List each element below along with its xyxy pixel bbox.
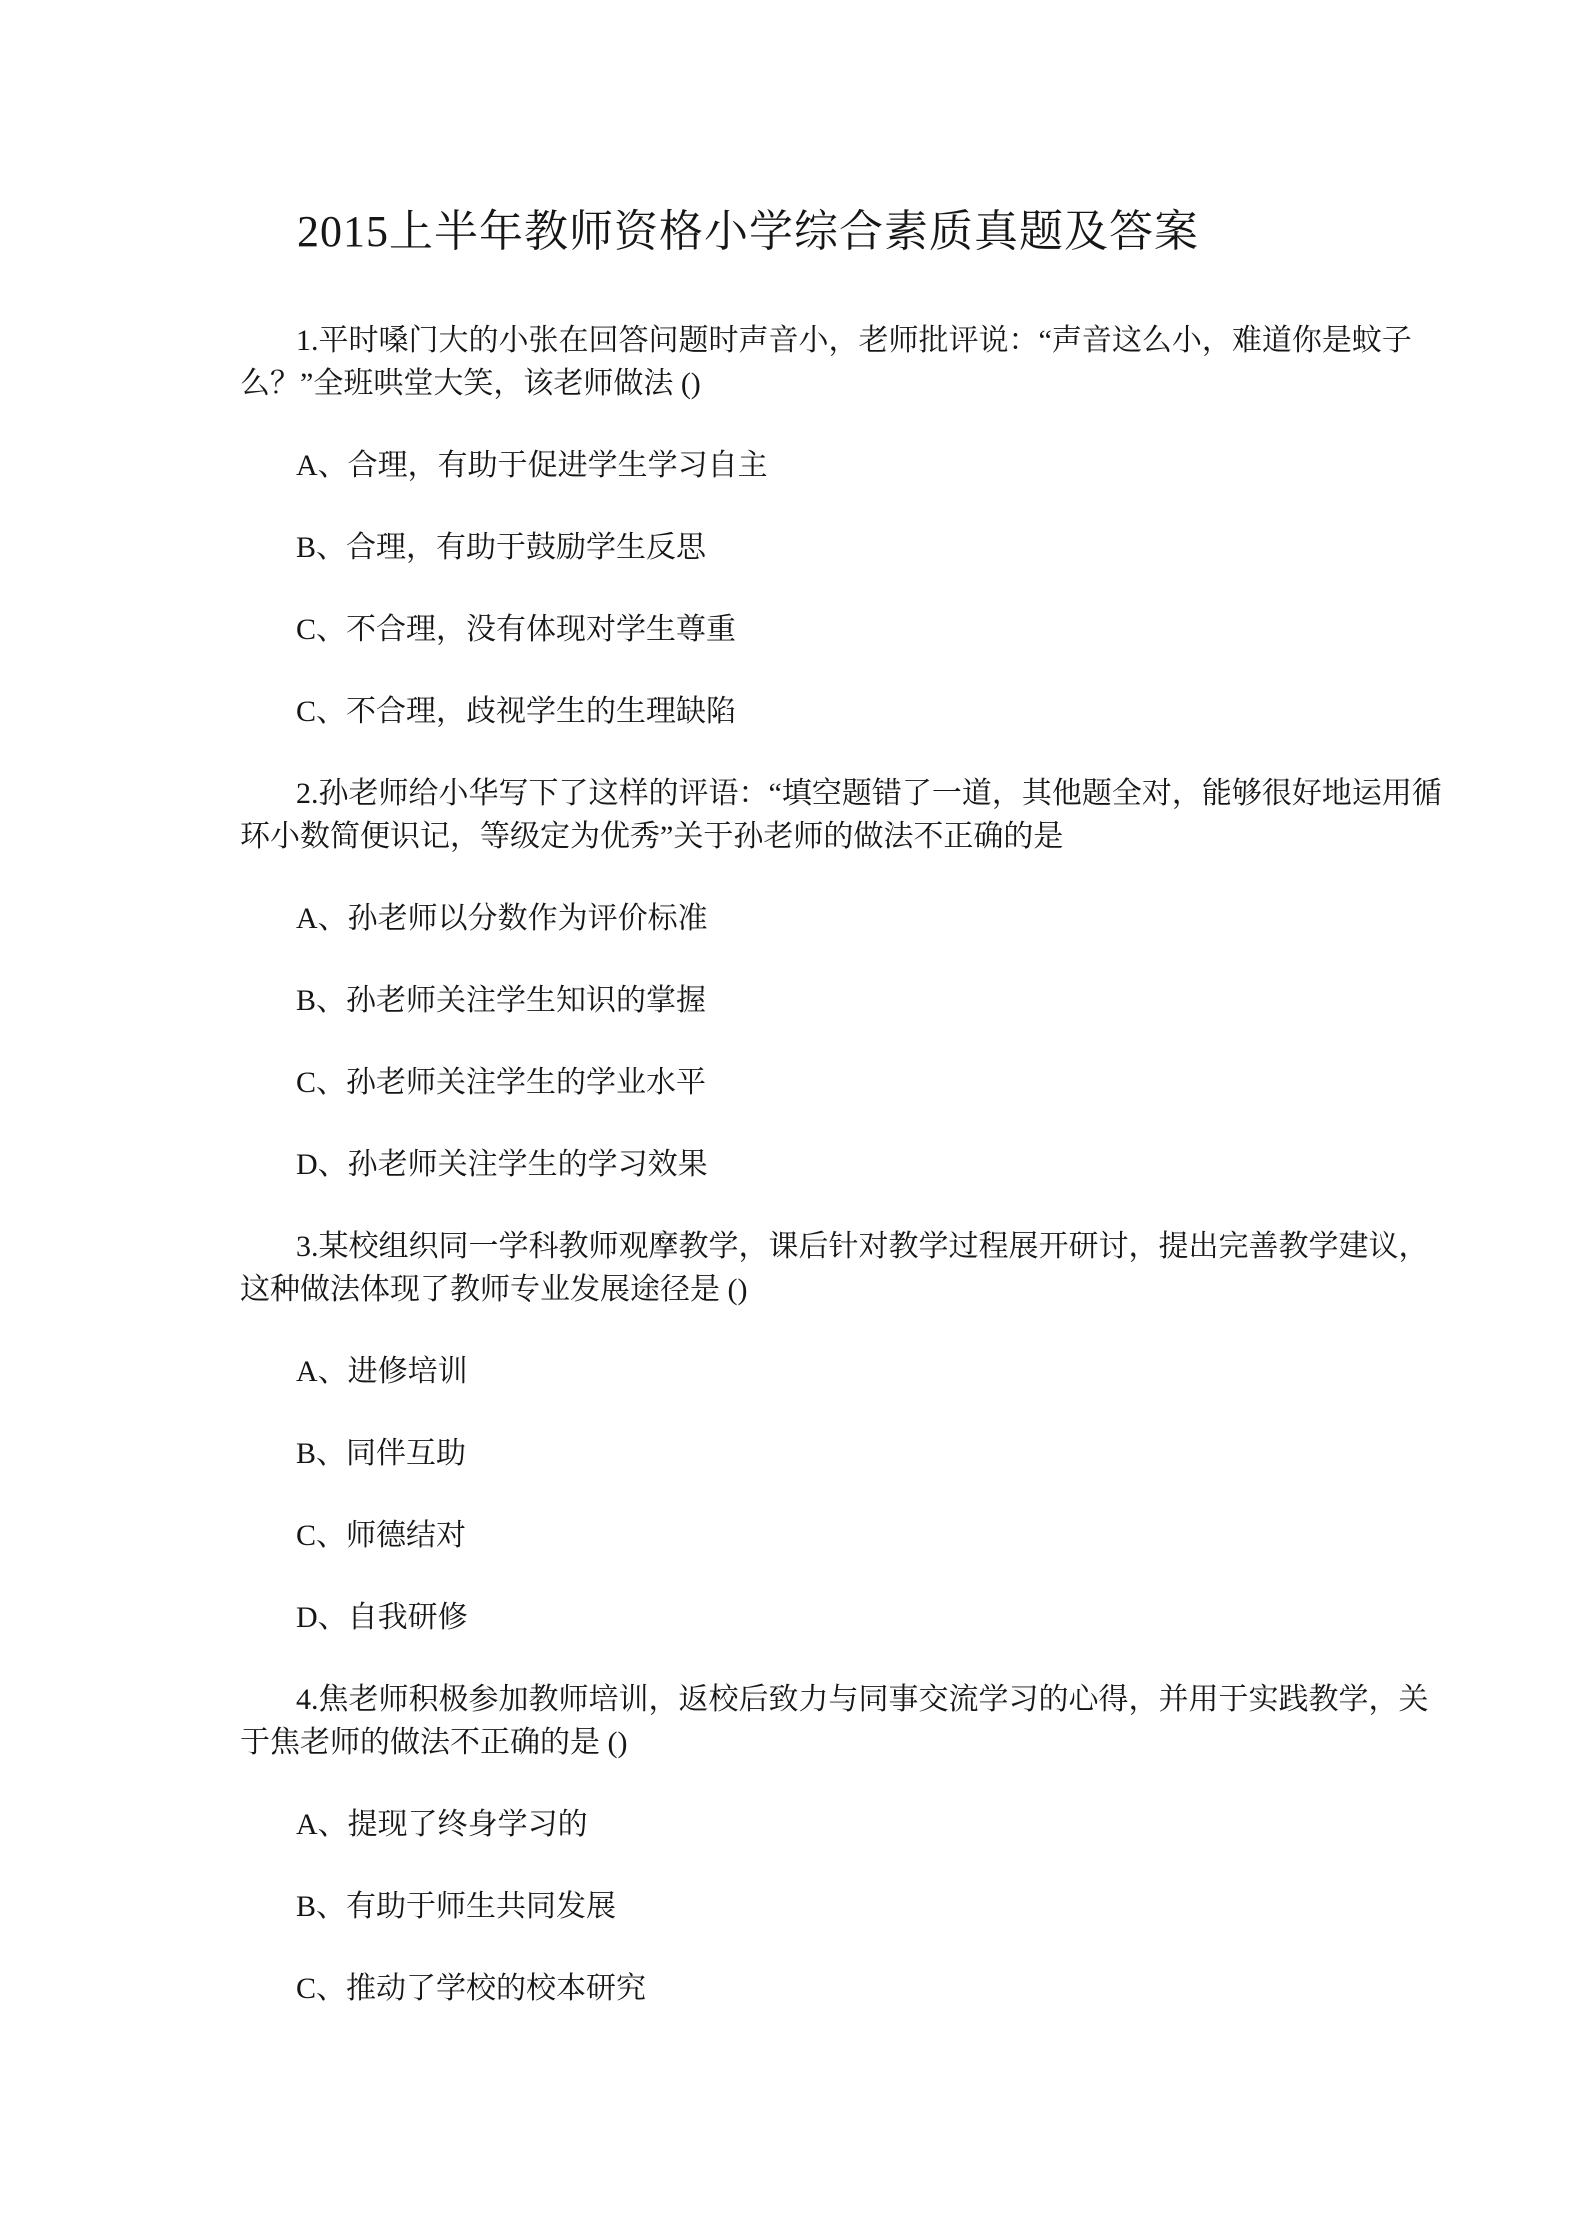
question-4-option-b: B、有助于师生共同发展 bbox=[240, 1885, 1445, 1928]
question-4-option-c: C、推动了学校的校本研究 bbox=[240, 1967, 1445, 2010]
question-2-option-a: A、孙老师以分数作为评价标准 bbox=[240, 897, 1445, 940]
question-2-option-b: B、孙老师关注学生知识的掌握 bbox=[240, 979, 1445, 1022]
question-3-option-d: D、自我研修 bbox=[240, 1596, 1445, 1639]
question-1-option-c2: C、不合理，歧视学生的生理缺陷 bbox=[240, 690, 1445, 733]
question-3-option-a: A、进修培训 bbox=[240, 1350, 1445, 1393]
question-2-stem: 2.孙老师给小华写下了这样的评语：“填空题错了一道，其他题全对，能够很好地运用循… bbox=[240, 772, 1445, 858]
question-1-option-c: C、不合理，没有体现对学生尊重 bbox=[240, 608, 1445, 651]
question-3-stem: 3.某校组织同一学科教师观摩教学，课后针对教学过程展开研讨，提出完善教学建议，这… bbox=[240, 1225, 1445, 1311]
question-1-option-a: A、合理，有助于促进学生学习自主 bbox=[240, 444, 1445, 487]
question-2-option-d: D、孙老师关注学生的学习效果 bbox=[240, 1143, 1445, 1186]
document-title: 2015上半年教师资格小学综合素质真题及答案 bbox=[240, 205, 1445, 259]
question-4-option-a: A、提现了终身学习的 bbox=[240, 1803, 1445, 1846]
question-1-option-b: B、合理，有助于鼓励学生反思 bbox=[240, 526, 1445, 569]
question-4-stem: 4.焦老师积极参加教师培训，返校后致力与同事交流学习的心得，并用于实践教学，关于… bbox=[240, 1678, 1445, 1764]
question-2-option-c: C、孙老师关注学生的学业水平 bbox=[240, 1061, 1445, 1104]
question-3-option-c: C、师德结对 bbox=[240, 1514, 1445, 1557]
document-page: 2015上半年教师资格小学综合素质真题及答案 1.平时嗓门大的小张在回答问题时声… bbox=[0, 0, 1580, 2236]
question-3-option-b: B、同伴互助 bbox=[240, 1432, 1445, 1475]
question-1-stem: 1.平时嗓门大的小张在回答问题时声音小，老师批评说：“声音这么小，难道你是蚊子么… bbox=[240, 319, 1445, 405]
